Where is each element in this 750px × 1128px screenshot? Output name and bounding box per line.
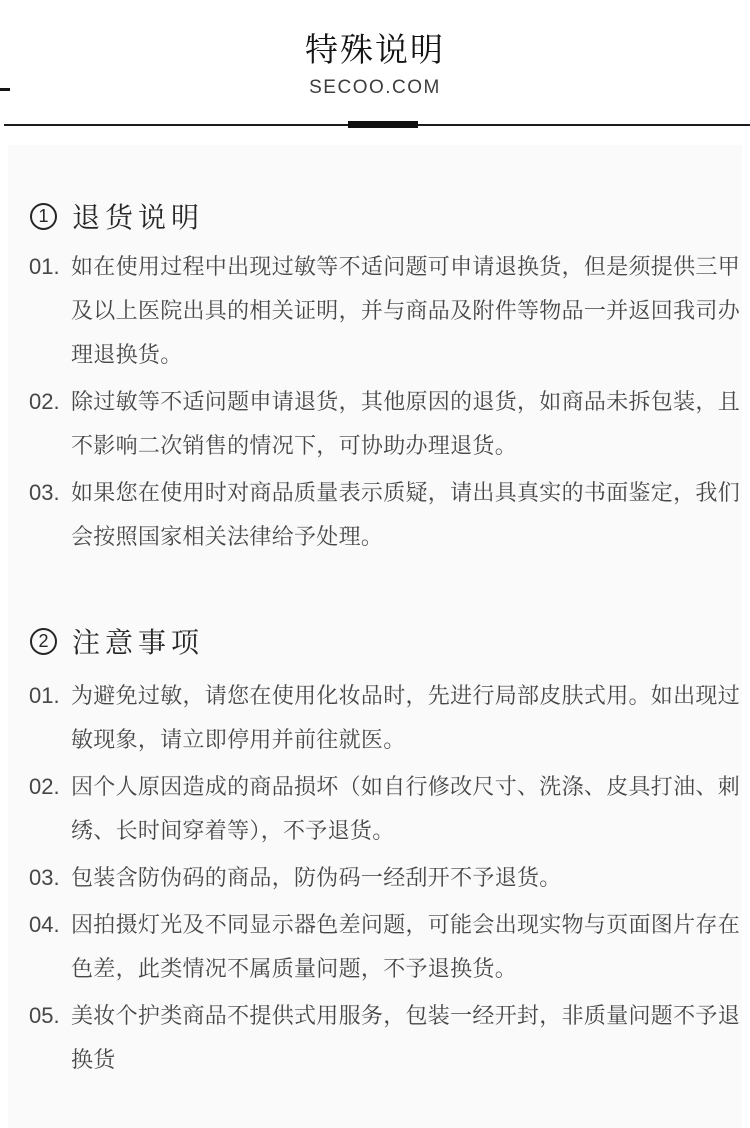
section-heading-label: 注意事项	[72, 621, 204, 661]
section-heading-returns: 1 退货说明	[30, 200, 742, 232]
content-panel: 1 退货说明 01. 如在使用过程中出现过敏等不适问题可申请退换货，但是须提供三…	[8, 145, 742, 1128]
item-text: 如在使用过程中出现过敏等不适问题可申请退换货，但是须提供三甲 及以上医院出具的相…	[71, 245, 742, 377]
section-heading-notes: 2 注意事项	[30, 625, 742, 657]
list-item: 03. 如果您在使用时对商品质量表示质疑，请出具真实的书面鉴定，我们 会按照国家…	[8, 471, 742, 559]
section-heading-label: 退货说明	[72, 196, 204, 236]
item-text: 因拍摄灯光及不同显示器色差问题，可能会出现实物与页面图片存在 色差，此类情况不属…	[71, 903, 742, 991]
list-item: 02. 因个人原因造成的商品损坏（如自行修改尺寸、洗涤、皮具打油、刺 绣、长时间…	[8, 765, 742, 853]
list-item: 03. 包装含防伪码的商品，防伪码一经刮开不予退货。	[8, 856, 742, 900]
divider-accent-bar	[348, 121, 418, 128]
section-number-badge: 1	[30, 203, 57, 230]
item-number: 03.	[29, 856, 60, 900]
list-item: 01. 如在使用过程中出现过敏等不适问题可申请退换货，但是须提供三甲 及以上医院…	[8, 245, 742, 377]
item-number: 02.	[29, 380, 60, 424]
item-number: 01.	[29, 674, 60, 718]
item-text: 除过敏等不适问题申请退货，其他原因的退货，如商品未拆包装，且 不影响二次销售的情…	[71, 380, 742, 468]
item-text: 为避免过敏，请您在使用化妆品时，先进行局部皮肤式用。如出现过 敏现象，请立即停用…	[71, 674, 742, 762]
list-item: 05. 美妆个护类商品不提供式用服务，包装一经开封，非质量问题不予退 换货	[8, 994, 742, 1082]
section-number-badge: 2	[30, 628, 57, 655]
returns-item-list: 01. 如在使用过程中出现过敏等不适问题可申请退换货，但是须提供三甲 及以上医院…	[8, 245, 742, 559]
item-number: 04.	[29, 903, 60, 947]
item-number: 05.	[29, 994, 60, 1038]
item-text: 美妆个护类商品不提供式用服务，包装一经开封，非质量问题不予退 换货	[71, 994, 742, 1082]
item-text: 如果您在使用时对商品质量表示质疑，请出具真实的书面鉴定，我们 会按照国家相关法律…	[71, 471, 742, 559]
item-number: 01.	[29, 245, 60, 289]
item-text: 包装含防伪码的商品，防伪码一经刮开不予退货。	[71, 856, 742, 900]
notes-item-list: 01. 为避免过敏，请您在使用化妆品时，先进行局部皮肤式用。如出现过 敏现象，请…	[8, 674, 742, 1082]
list-item: 04. 因拍摄灯光及不同显示器色差问题，可能会出现实物与页面图片存在 色差，此类…	[8, 903, 742, 991]
item-number: 03.	[29, 471, 60, 515]
item-number: 02.	[29, 765, 60, 809]
list-item: 02. 除过敏等不适问题申请退货，其他原因的退货，如商品未拆包装，且 不影响二次…	[8, 380, 742, 468]
page-title: 特殊说明	[0, 30, 750, 70]
item-text: 因个人原因造成的商品损坏（如自行修改尺寸、洗涤、皮具打油、刺 绣、长时间穿着等）…	[71, 765, 742, 853]
brand-logo-text: SECOO.COM	[0, 77, 750, 99]
list-item: 01. 为避免过敏，请您在使用化妆品时，先进行局部皮肤式用。如出现过 敏现象，请…	[8, 674, 742, 762]
left-edge-dash	[0, 88, 10, 91]
